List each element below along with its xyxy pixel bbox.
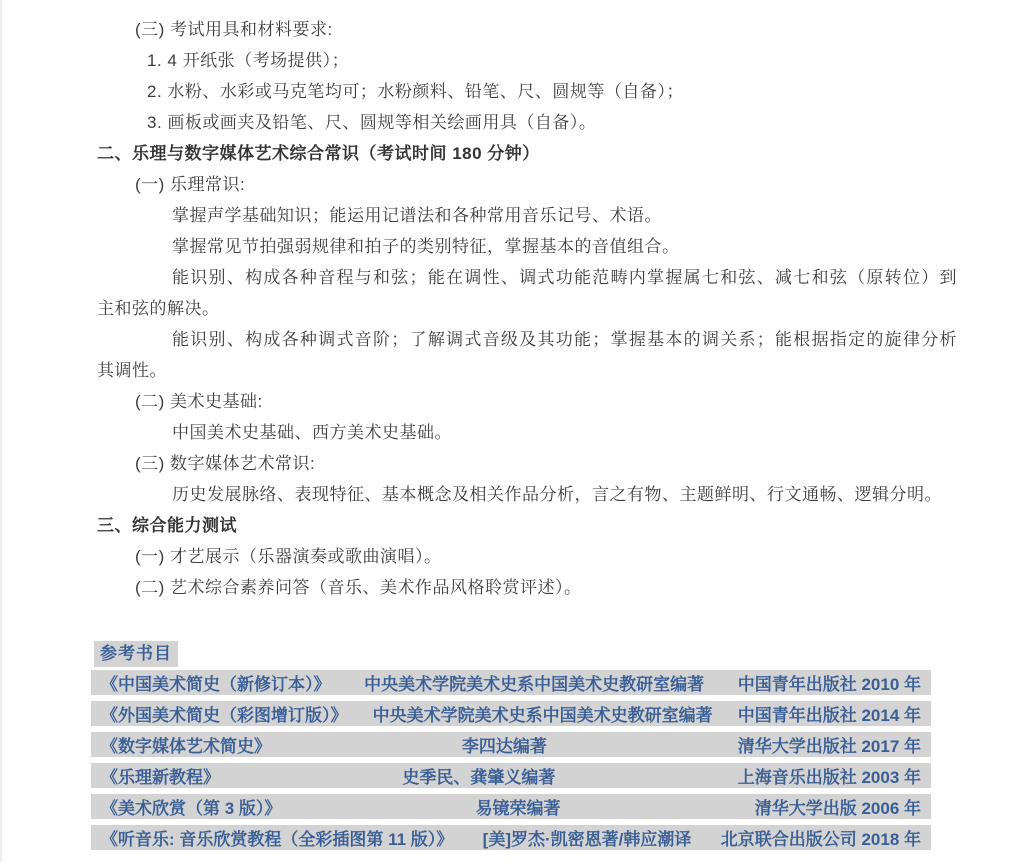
- section-heading-music-theory: 二、乐理与数字媒体艺术综合常识（考试时间 180 分钟）: [97, 138, 957, 169]
- book-title: 《外国美术简史（彩图增订版）》: [101, 701, 348, 726]
- paragraph-digital-media: 历史发展脉络、表现特征、基本概念及相关作品分析，言之有物、主题鲜明、行文通畅、逻…: [97, 479, 957, 510]
- paragraph-chords-line2: 主和弦的解决。: [97, 293, 957, 324]
- section-item-art-qa: (二) 艺术综合素养问答（音乐、美术作品风格聆赏评述）。: [97, 572, 957, 603]
- document-page: (三) 考试用具和材料要求: 1. 4 开纸张（考场提供）； 2. 水粉、水彩或…: [0, 0, 1024, 862]
- book-author: 中央美术学院美术史系中国美术史教研室编著: [348, 701, 738, 726]
- reference-books-table: 《中国美术简史（新修订本）》 中央美术学院美术史系中国美术史教研室编著 中国青年…: [97, 670, 955, 850]
- book-title: 《中国美术简史（新修订本）》: [101, 670, 331, 695]
- table-row: 《美术欣赏（第 3 版）》 易镜荣编著 清华大学出版 2006 年: [91, 794, 931, 819]
- book-title: 《美术欣赏（第 3 版）》: [101, 794, 281, 819]
- table-row: 《中国美术简史（新修订本）》 中央美术学院美术史系中国美术史教研室编著 中国青年…: [91, 670, 931, 695]
- section-item-digital-media: (三) 数字媒体艺术常识:: [97, 448, 957, 479]
- paragraph-scales-line1: 能识别、构成各种调式音阶；了解调式音级及其功能；掌握基本的调关系；能根据指定的旋…: [97, 324, 957, 355]
- table-row: 《乐理新教程》 史季民、龚肇义编著 上海音乐出版社 2003 年: [91, 763, 931, 788]
- paragraph-rhythm: 掌握常见节拍强弱规律和拍子的类别特征，掌握基本的音值组合。: [97, 231, 957, 262]
- table-row: 《数字媒体艺术简史》 李四达编著 清华大学出版社 2017 年: [91, 732, 931, 757]
- book-title: 《数字媒体艺术简史》: [101, 732, 271, 757]
- list-item-paints: 2. 水粉、水彩或马克笔均可；水粉颜料、铅笔、尺、圆规等（自备）；: [97, 76, 957, 107]
- paragraph-art-history: 中国美术史基础、西方美术史基础。: [97, 417, 957, 448]
- book-publisher: 中国青年出版社 2014 年: [738, 701, 921, 726]
- list-item-drawing-board: 3. 画板或画夹及铅笔、尺、圆规等相关绘画用具（自备）。: [97, 107, 957, 138]
- table-row: 《外国美术简史（彩图增订版）》 中央美术学院美术史系中国美术史教研室编著 中国青…: [91, 701, 931, 726]
- book-publisher: 中国青年出版社 2010 年: [738, 670, 921, 695]
- book-publisher: 北京联合出版公司 2018 年: [721, 825, 921, 850]
- book-author: 中央美术学院美术史系中国美术史教研室编著: [331, 670, 738, 695]
- paragraph-scales-line2: 其调性。: [97, 355, 957, 386]
- list-item-paper: 1. 4 开纸张（考场提供）；: [97, 45, 957, 76]
- book-title: 《乐理新教程》: [101, 763, 220, 788]
- book-publisher: 清华大学出版 2006 年: [755, 794, 921, 819]
- book-author: 李四达编著: [271, 732, 738, 757]
- book-publisher: 上海音乐出版社 2003 年: [738, 763, 921, 788]
- reference-books-section: 参考书目 《中国美术简史（新修订本）》 中央美术学院美术史系中国美术史教研室编著…: [97, 641, 955, 850]
- book-author: [美]罗杰·凯密恩著/韩应潮译: [453, 825, 720, 850]
- book-publisher: 清华大学出版社 2017 年: [738, 732, 921, 757]
- book-author: 史季民、龚肇义编著: [220, 763, 738, 788]
- paragraph-acoustics: 掌握声学基础知识；能运用记谱法和各种常用音乐记号、术语。: [97, 200, 957, 231]
- paragraph-chords-line1: 能识别、构成各种音程与和弦；能在调性、调式功能范畴内掌握属七和弦、减七和弦（原转…: [97, 262, 957, 293]
- section-item-exam-tools: (三) 考试用具和材料要求:: [97, 14, 957, 45]
- section-item-talent-show: (一) 才艺展示（乐器演奏或歌曲演唱）。: [97, 541, 957, 572]
- reference-books-title: 参考书目: [94, 641, 178, 667]
- book-title: 《听音乐: 音乐欣赏教程（全彩插图第 11 版）》: [101, 825, 453, 850]
- table-row: 《听音乐: 音乐欣赏教程（全彩插图第 11 版）》 [美]罗杰·凯密恩著/韩应潮…: [91, 825, 931, 850]
- section-item-music-basics: (一) 乐理常识:: [97, 169, 957, 200]
- section-item-art-history: (二) 美术史基础:: [97, 386, 957, 417]
- book-author: 易镜荣编著: [281, 794, 754, 819]
- section-heading-comprehensive: 三、综合能力测试: [97, 510, 957, 541]
